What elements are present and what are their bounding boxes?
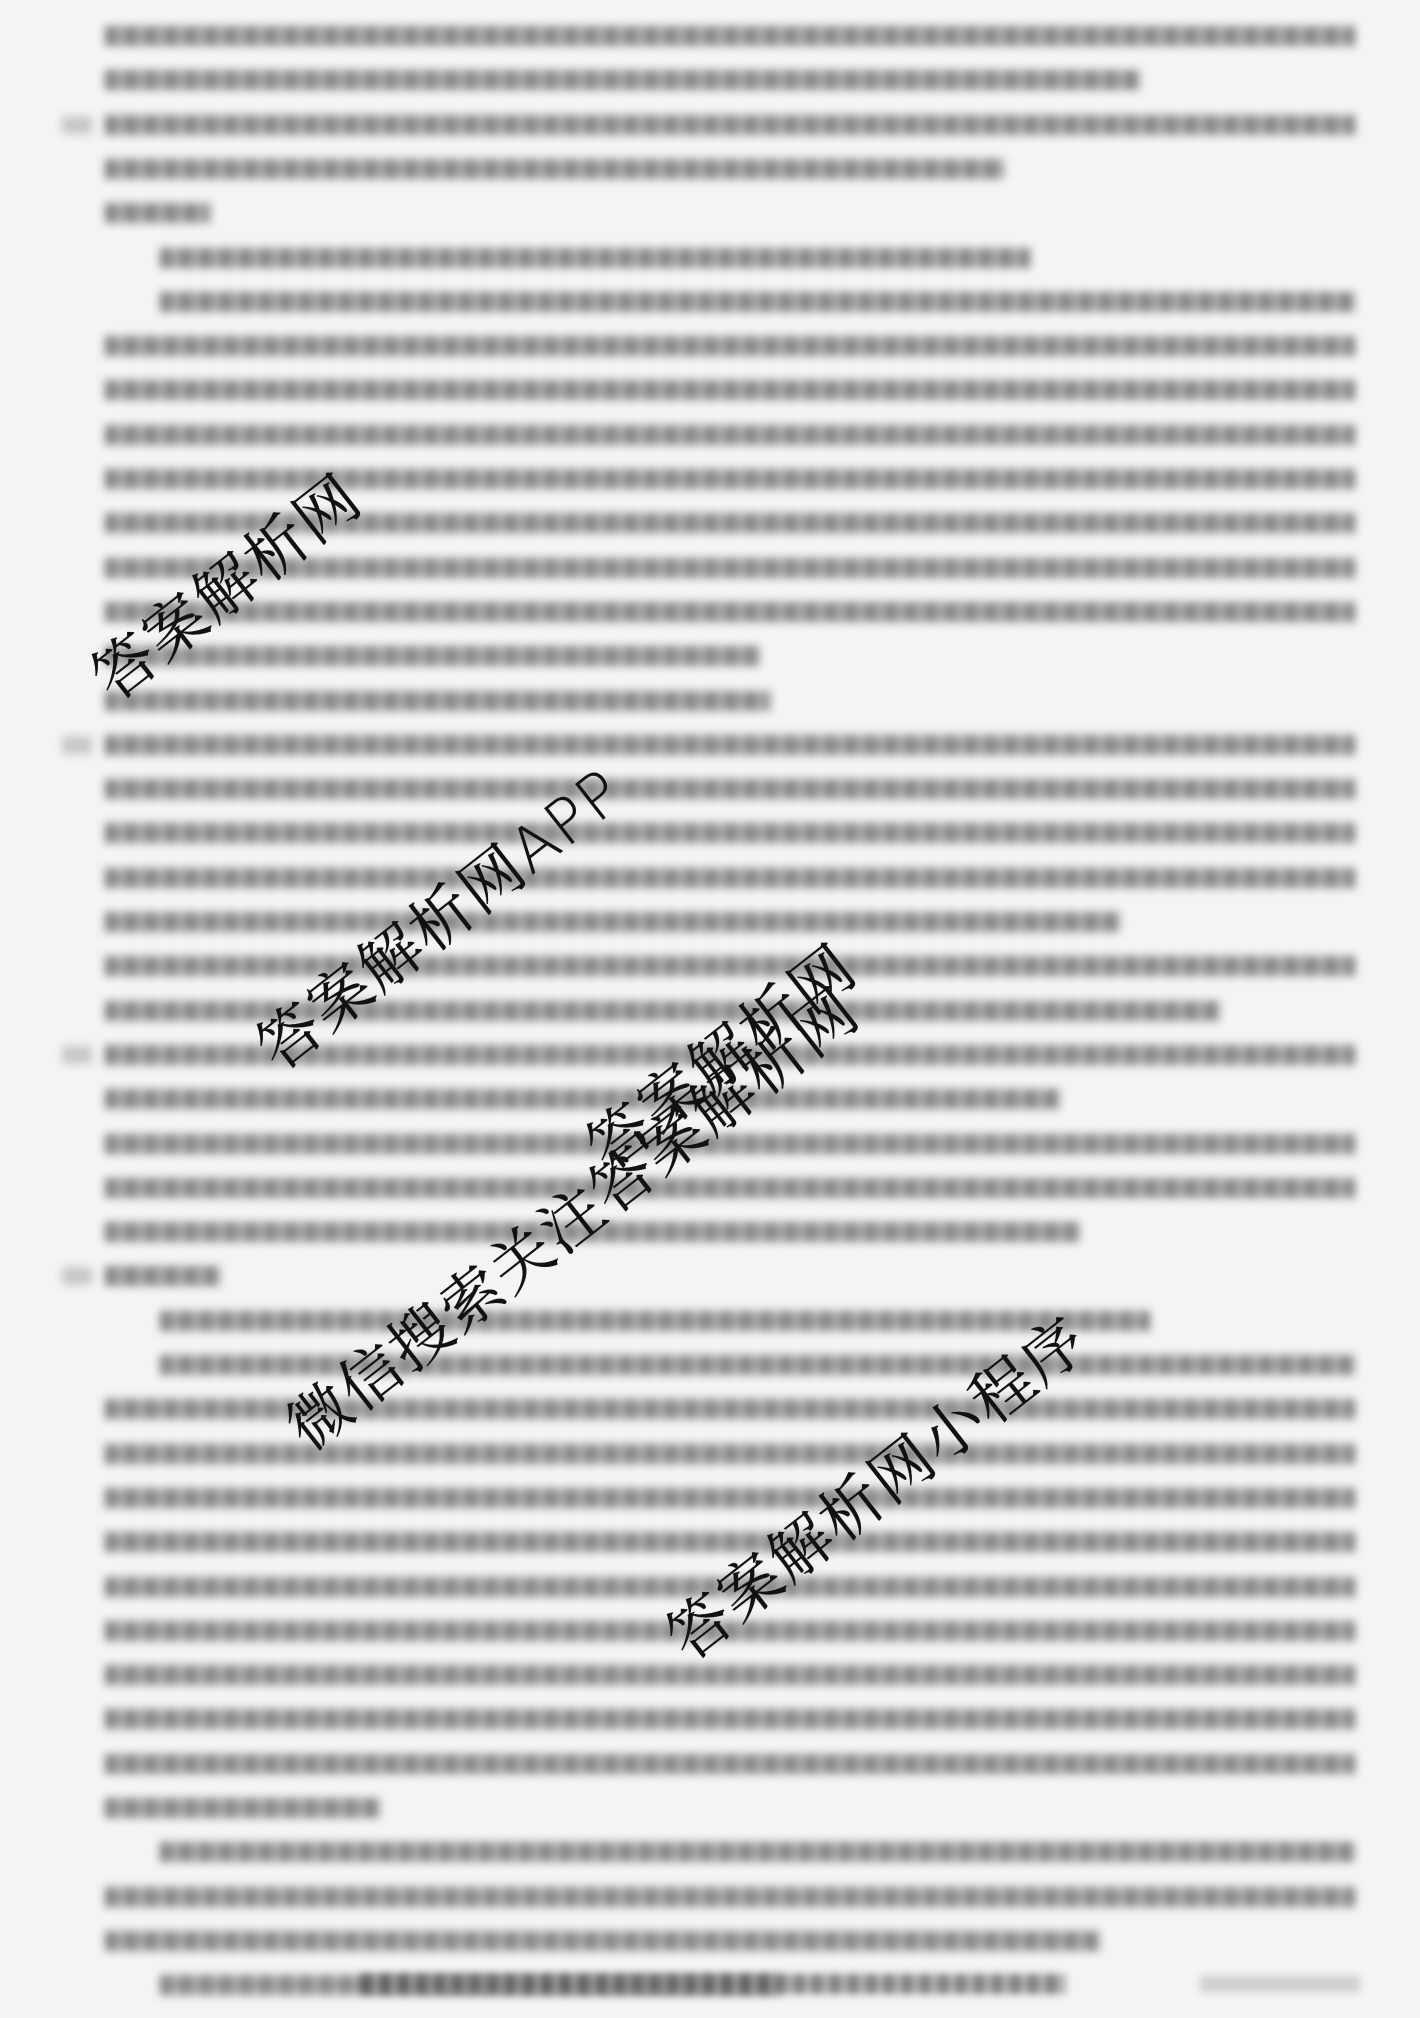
text-line: [105, 203, 210, 223]
text-line: [105, 1665, 1355, 1685]
question-number: [62, 116, 92, 134]
text-line: [105, 1798, 380, 1818]
footer-title: [360, 1974, 1065, 1994]
text-line: [160, 292, 1355, 312]
text-line: [105, 380, 1355, 400]
text-line: [105, 691, 770, 711]
text-line: [105, 1709, 1355, 1729]
text-line: [105, 735, 1355, 755]
text-line: [105, 26, 1355, 46]
text-line: [105, 70, 1140, 90]
text-line: [105, 823, 1355, 843]
text-line: [105, 1266, 220, 1286]
text-line: [105, 115, 1355, 135]
page-footer: [0, 1968, 1420, 1998]
text-line: [105, 912, 1120, 932]
text-line: [105, 602, 1355, 622]
text-line: [105, 1444, 1355, 1464]
text-line: [105, 1178, 1355, 1198]
text-line: [105, 1754, 1355, 1774]
text-line: [105, 425, 1355, 445]
document-page: 答案解析网答案解析网APP答案解析网微信搜索关注答案解析网答案解析网小程序: [0, 0, 1420, 2018]
footer-code: [1200, 1976, 1360, 1992]
text-line: [160, 1842, 1355, 1862]
text-line: [105, 779, 1355, 799]
text-line: [105, 336, 1355, 356]
text-line: [105, 1488, 1355, 1508]
question-number: [62, 736, 92, 754]
text-line: [105, 868, 1355, 888]
question-number: [62, 1267, 92, 1285]
question-number: [62, 1046, 92, 1064]
text-line: [105, 159, 1005, 179]
text-line: [105, 1931, 1100, 1951]
text-line: [105, 1887, 1355, 1907]
text-line: [160, 248, 1030, 268]
